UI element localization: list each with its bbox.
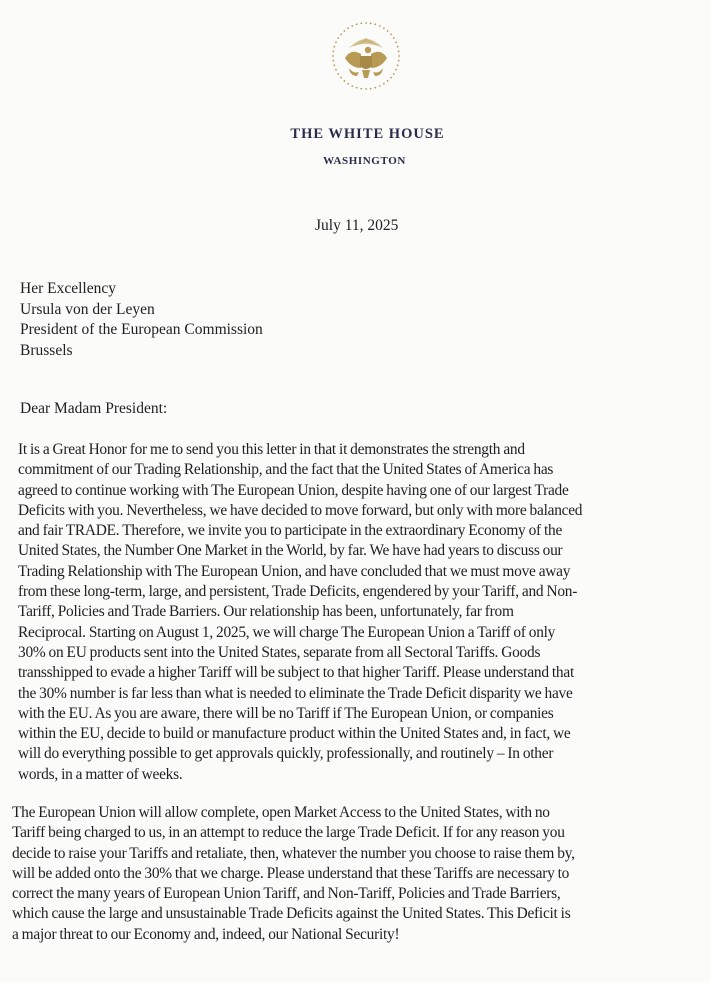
letterhead-subtitle: WASHINGTON [0,155,711,167]
paragraph-line: which cause the large and unsustainable … [12,904,711,924]
presidential-seal-icon [331,18,401,94]
paragraph-line: the 30% number is far less than what is … [18,684,711,704]
paragraph-line: and fair TRADE. Therefore, we invite you… [18,521,711,541]
paragraph-line: Tariff, Policies and Trade Barriers. Our… [18,602,711,622]
paragraph-line: agreed to continue working with The Euro… [18,481,711,501]
paragraph-line: transshipped to evade a higher Tariff wi… [18,663,711,683]
paragraph-line: United States, the Number One Market in … [18,541,711,561]
recipient-line: Her Excellency [20,279,263,300]
paragraph-line: correct the many years of European Union… [12,884,711,904]
paragraph-line: with the EU. As you are aware, there wil… [18,704,711,724]
paragraph-line: Reciprocal. Starting on August 1, 2025, … [18,623,711,643]
paragraph-line: from these long-term, large, and persist… [18,582,711,602]
paragraph-line: will do everything possible to get appro… [18,744,711,764]
salutation: Dear Madam President: [20,400,167,418]
recipient-address: Her Excellency Ursula von der Leyen Pres… [20,279,263,361]
paragraph-line: decide to raise your Tariffs and retalia… [12,844,711,864]
letterhead-title: THE WHITE HOUSE [0,126,711,143]
paragraph-line: commitment of our Trading Relationship, … [18,460,711,480]
paragraph-line: Trading Relationship with The European U… [18,562,711,582]
paragraph-line: Tariff being charged to us, in an attemp… [12,823,711,843]
paragraph-line: words, in a matter of weeks. [18,765,711,785]
recipient-line: Ursula von der Leyen [20,300,263,321]
paragraph-line: will be added onto the 30% that we charg… [12,864,711,884]
body-paragraph-2: The European Union will allow complete, … [12,803,711,945]
paragraph-line: It is a Great Honor for me to send you t… [18,440,711,460]
letter-date: July 11, 2025 [315,217,398,235]
paragraph-line: The European Union will allow complete, … [12,803,711,823]
recipient-line: President of the European Commission [20,320,263,341]
paragraph-line: a major threat to our Economy and, indee… [12,925,711,945]
paragraph-line: within the EU, decide to build or manufa… [18,724,711,744]
paragraph-line: 30% on EU products sent into the United … [18,643,711,663]
body-paragraph-1: It is a Great Honor for me to send you t… [18,440,711,785]
recipient-line: Brussels [20,341,263,362]
paragraph-line: Deficits with you. Nevertheless, we have… [18,501,711,521]
